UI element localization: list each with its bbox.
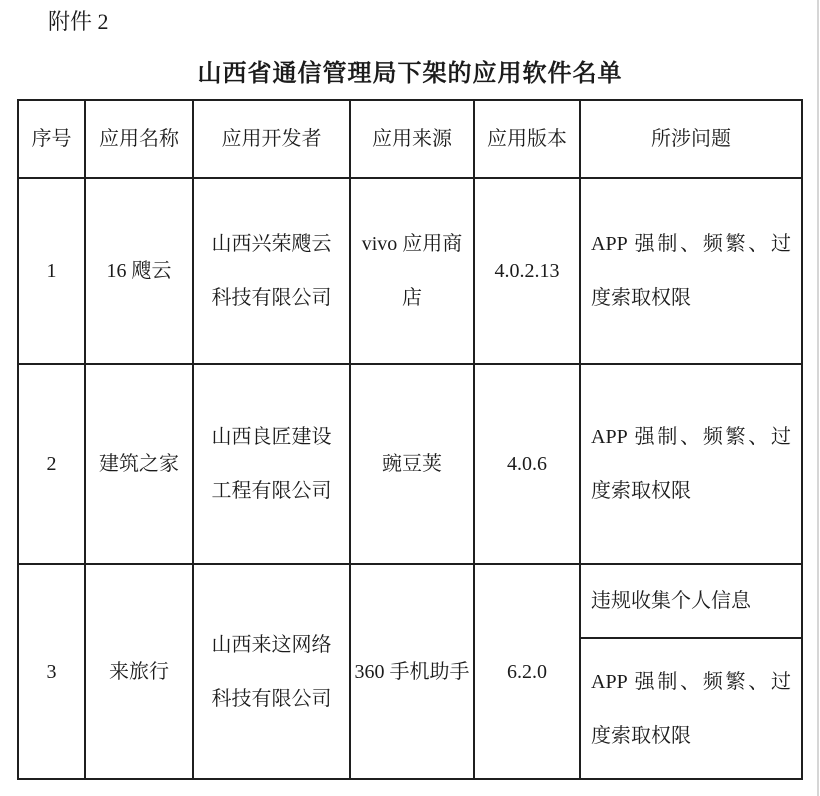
cell-version: 4.0.6: [474, 364, 580, 564]
cell-version: 6.2.0: [474, 564, 580, 779]
table-row: 2 建筑之家 山西良匠建设工程有限公司 豌豆荚 4.0.6 APP 强制、频繁、…: [18, 364, 802, 564]
cell-issue: APP 强制、频繁、过度索取权限: [580, 364, 802, 564]
cell-source: 360 手机助手: [350, 564, 474, 779]
header-cell-version: 应用版本: [474, 100, 580, 178]
page-title: 山西省通信管理局下架的应用软件名单: [0, 58, 820, 90]
table-header-row: 序号 应用名称 应用开发者 应用来源 应用版本 所涉问题: [18, 100, 802, 178]
cell-no: 1: [18, 178, 85, 364]
cell-no: 2: [18, 364, 85, 564]
cell-developer: 山西良匠建设工程有限公司: [193, 364, 350, 564]
cell-no: 3: [18, 564, 85, 779]
page-edge-divider: [817, 0, 819, 796]
header-cell-no: 序号: [18, 100, 85, 178]
cell-issue: 违规收集个人信息: [580, 564, 802, 638]
table-row: 1 16 飕云 山西兴荣飕云科技有限公司 vivo 应用商店 4.0.2.13 …: [18, 178, 802, 364]
header-cell-developer: 应用开发者: [193, 100, 350, 178]
cell-app-name: 建筑之家: [85, 364, 193, 564]
cell-developer: 山西来这网络科技有限公司: [193, 564, 350, 779]
header-cell-issues: 所涉问题: [580, 100, 802, 178]
cell-issue: APP 强制、频繁、过度索取权限: [580, 638, 802, 779]
cell-app-name: 16 飕云: [85, 178, 193, 364]
cell-source: vivo 应用商店: [350, 178, 474, 364]
cell-issue: APP 强制、频繁、过度索取权限: [580, 178, 802, 364]
header-cell-source: 应用来源: [350, 100, 474, 178]
attachment-label: 附件 2: [48, 0, 820, 36]
header-cell-app-name: 应用名称: [85, 100, 193, 178]
cell-developer: 山西兴荣飕云科技有限公司: [193, 178, 350, 364]
document-page: 附件 2 山西省通信管理局下架的应用软件名单 序号 应用名称 应用开发者 应用来…: [0, 0, 820, 780]
cell-app-name: 来旅行: [85, 564, 193, 779]
cell-version: 4.0.2.13: [474, 178, 580, 364]
app-removal-table: 序号 应用名称 应用开发者 应用来源 应用版本 所涉问题 1 16 飕云 山西兴…: [17, 99, 803, 780]
table-row: 3 来旅行 山西来这网络科技有限公司 360 手机助手 6.2.0 违规收集个人…: [18, 564, 802, 638]
cell-source: 豌豆荚: [350, 364, 474, 564]
